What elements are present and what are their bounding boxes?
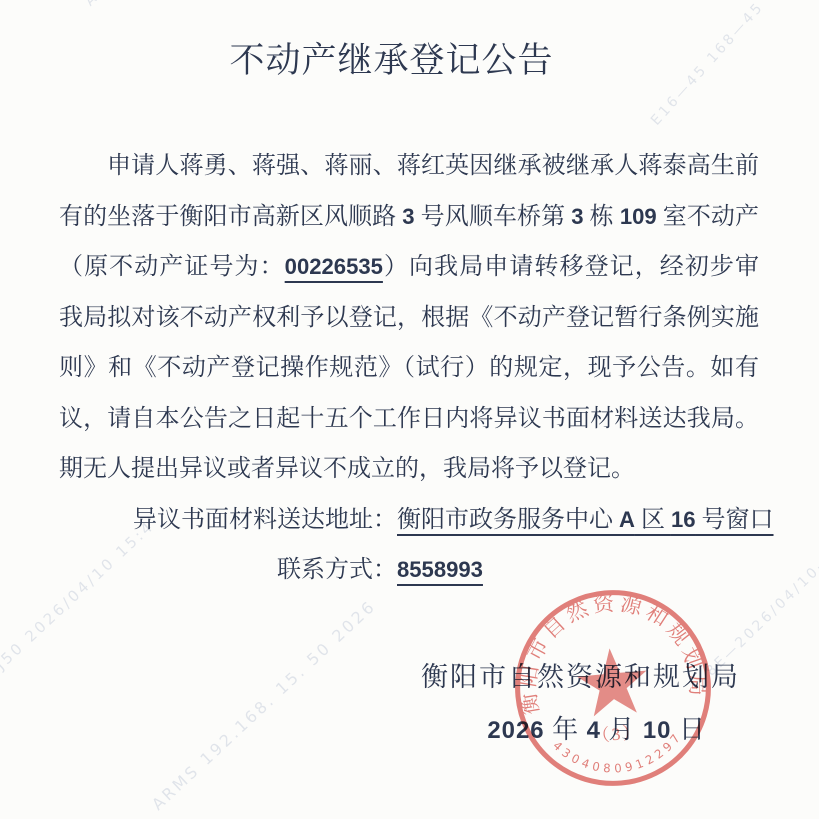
text-segment: 申请人蒋勇、蒋强、蒋丽、蒋红英因继承被继承人蒋泰高生前所: [59, 153, 759, 192]
text-segment: 00226535: [285, 254, 383, 279]
body-line: 有的坐落于衡阳市高新区风顺路 3 号风顺车桥第 3 栋 109 室不动产: [59, 192, 759, 243]
body-line: 则》和《不动产登记操作规范》（试行）的规定，现予公告。如有异: [59, 343, 759, 394]
text-segment: 16: [671, 507, 696, 532]
star-icon: [575, 645, 650, 717]
text-segment: （原不动产证号为：: [59, 254, 285, 280]
body-line: 议，请自本公告之日起十五个工作日内将异议书面材料送达我局。逾: [59, 394, 759, 445]
scanned-notice-page: AZ1 E16—45 168—45 J50 2026/04/10 15:4 AR…: [0, 0, 819, 819]
watermark: ARMS 192.168. 15. 50 2026: [148, 596, 380, 814]
text-segment: 议，请自本公告之日起十五个工作日内将异议书面材料送达我局。逾: [59, 406, 759, 445]
text-segment: 区: [635, 507, 671, 533]
text-segment: 号窗口: [696, 507, 774, 533]
text-segment: 8558993: [397, 557, 483, 582]
text-segment: 有的坐落于衡阳市高新区风顺路: [59, 204, 402, 230]
text-segment: 期无人提出异议或者异议不成立的，我局将予以登记。: [59, 456, 635, 482]
text-segment: 我局拟对该不动产权利予以登记，根据《不动产登记暂行条例实施细: [59, 305, 759, 344]
text-segment: 室不动产: [657, 204, 759, 230]
text-segment: 3: [402, 204, 414, 229]
body-line: 我局拟对该不动产权利予以登记，根据《不动产登记暂行条例实施细: [59, 293, 759, 344]
watermark: AZ1: [82, 0, 120, 10]
text-segment: A: [619, 507, 635, 532]
body-line: （原不动产证号为：00226535）向我局申请转移登记，经初步审定，: [59, 242, 759, 293]
text-segment: 号风顺车桥第: [415, 204, 572, 230]
official-seal: 衡阳市自然资源和规划局 （3） 4304080912297: [502, 577, 723, 798]
text-segment: 衡阳市政务服务中心: [397, 507, 619, 533]
document-title: 不动产继承登记公告: [0, 33, 783, 83]
document-body: 申请人蒋勇、蒋强、蒋丽、蒋红英因继承被继承人蒋泰高生前所 有的坐落于衡阳市高新区…: [59, 141, 759, 596]
text-segment: 109: [620, 204, 657, 229]
body-line: 申请人蒋勇、蒋强、蒋丽、蒋红英因继承被继承人蒋泰高生前所: [59, 141, 759, 192]
text-segment: 联系方式：: [277, 557, 397, 583]
text-segment: 异议书面材料送达地址：: [133, 507, 397, 533]
seal-sequence-label: （3）: [592, 723, 643, 746]
delivery-address-line: 异议书面材料送达地址：衡阳市政务服务中心 A 区 16 号窗口: [59, 495, 759, 546]
text-segment: 3: [571, 204, 583, 229]
text-segment: 栋: [584, 204, 620, 230]
text-segment: 则》和《不动产登记操作规范》（试行）的规定，现予公告。如有异: [59, 355, 759, 394]
body-line: 期无人提出异议或者异议不成立的，我局将予以登记。: [59, 444, 759, 495]
